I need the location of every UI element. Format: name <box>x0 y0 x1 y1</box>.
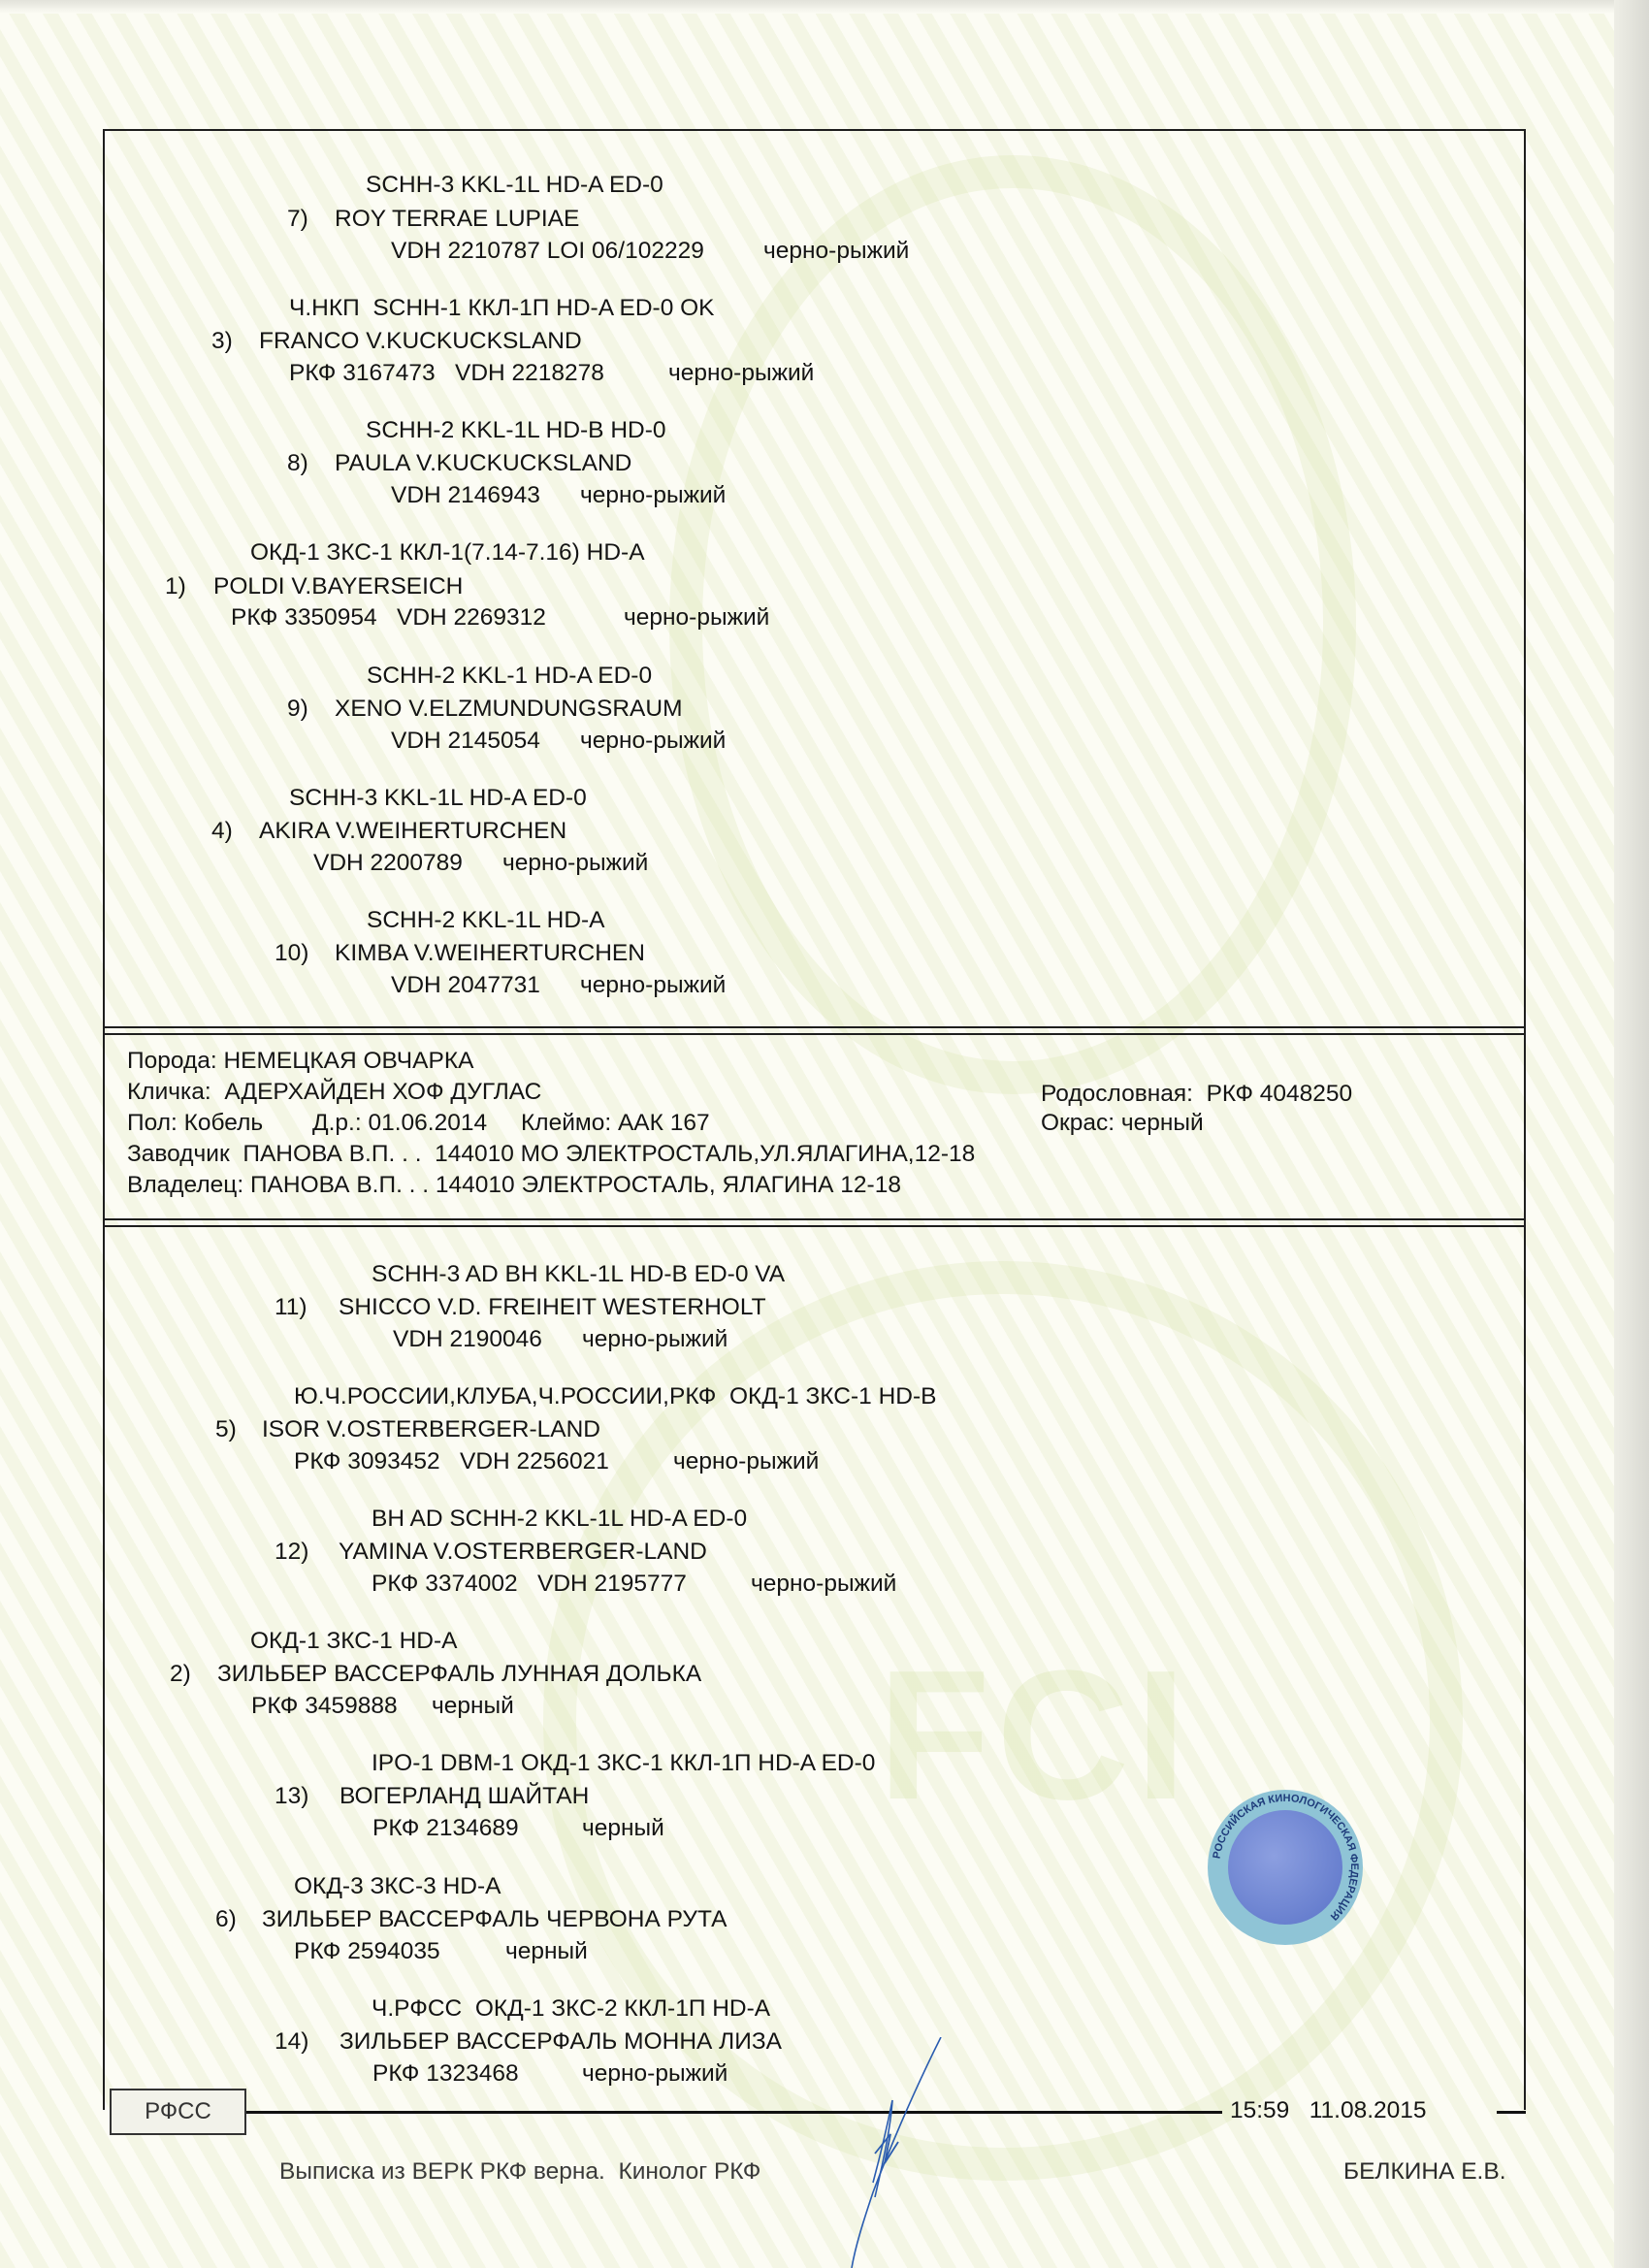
ancestor-registration: VDH 2047731 <box>391 971 540 1000</box>
ancestor-name: ЗИЛЬБЕР ВАССЕРФАЛЬ ЛУННАЯ ДОЛЬКА <box>217 1660 701 1689</box>
tattoo: Клеймо: ААК 167 <box>521 1108 710 1138</box>
ancestor-name: PAULA V.KUCKUCKSLAND <box>335 449 631 478</box>
ancestor-number: 12) <box>275 1538 308 1567</box>
breed: Порода: НЕМЕЦКАЯ ОВЧАРКА <box>127 1046 473 1076</box>
ancestor-titles: IPO-1 DBM-1 ОКД-1 ЗКС-1 ККЛ-1П HD-A ED-0 <box>372 1749 875 1778</box>
ancestor-titles: ОКД-3 ЗКС-3 HD-A <box>294 1872 501 1901</box>
divider <box>103 1026 1526 1028</box>
ancestor-color: черный <box>432 1692 514 1721</box>
ancestor-number: 14) <box>275 2027 308 2057</box>
ancestor-color: черно-рыжий <box>502 849 648 878</box>
ancestor-color: черно-рыжий <box>763 237 909 266</box>
ancestor-name: ЗИЛЬБЕР ВАССЕРФАЛЬ МОННА ЛИЗА <box>339 2027 782 2057</box>
organization-box: РФСС <box>110 2089 246 2135</box>
ancestor-color: черно-рыжий <box>624 603 769 632</box>
divider <box>103 1218 1526 1220</box>
ancestor-titles: BH AD SCHH-2 KKL-1L HD-A ED-0 <box>372 1505 747 1534</box>
ancestor-color: черно-рыжий <box>580 481 726 510</box>
ancestor-titles: SCHH-2 KKL-1L HD-B HD-0 <box>366 416 666 445</box>
ancestor-titles: SCHH-3 KKL-1L HD-A ED-0 <box>289 784 587 813</box>
breeder: Заводчик ПАНОВА В.П. . . 144010 МО ЭЛЕКТ… <box>127 1139 975 1169</box>
ancestor-titles: SCHH-3 AD BH KKL-1L HD-B ED-0 VA <box>372 1260 785 1289</box>
ancestor-name: ROY TERRAE LUPIAE <box>335 205 579 234</box>
ancestor-color: черно-рыжий <box>668 359 814 388</box>
ancestor-name: ВОГЕРЛАНД ШАЙТАН <box>339 1782 589 1811</box>
ancestor-number: 13) <box>275 1782 308 1811</box>
ancestor-color: черно-рыжий <box>673 1447 819 1476</box>
ancestor-number: 5) <box>215 1415 237 1444</box>
footer-line <box>246 2111 1222 2114</box>
ancestor-color: черный <box>505 1937 588 1966</box>
footer-line-end <box>1497 2111 1526 2114</box>
ancestor-color: черно-рыжий <box>582 1325 727 1354</box>
divider <box>103 1033 1526 1035</box>
ancestor-name: ЗИЛЬБЕР ВАССЕРФАЛЬ ЧЕРВОНА РУТА <box>262 1905 727 1934</box>
ancestor-number: 2) <box>170 1660 191 1689</box>
ancestor-titles: ОКД-1 ЗКС-1 HD-A <box>250 1627 457 1656</box>
ancestor-number: 7) <box>287 205 308 234</box>
ancestor-registration: VDH 2146943 <box>391 481 540 510</box>
ancestor-color: черно-рыжий <box>582 2059 727 2089</box>
rkf-hologram-seal: РОССИЙСКАЯ КИНОЛОГИЧЕСКАЯ ФЕДЕРАЦИЯ <box>1208 1790 1363 1945</box>
certification-text: Выписка из ВЕРК РКФ верна. Кинолог РКФ <box>279 2158 760 2186</box>
dog-name: Кличка: АДЕРХАЙДЕН ХОФ ДУГЛАС <box>127 1077 541 1107</box>
ancestor-name: YAMINA V.OSTERBERGER-LAND <box>339 1538 707 1567</box>
ancestor-registration: РКФ 3350954 VDH 2269312 <box>231 603 546 632</box>
signatory-name: БЕЛКИНА Е.В. <box>1343 2158 1506 2186</box>
ancestor-number: 1) <box>165 572 186 601</box>
ancestor-name: ISOR V.OSTERBERGER-LAND <box>262 1415 600 1444</box>
ancestor-name: XENO V.ELZMUNDUNGSRAUM <box>335 695 682 724</box>
ancestor-registration: VDH 2200789 <box>313 849 463 878</box>
ancestor-number: 10) <box>275 939 308 968</box>
ancestor-registration: VDH 2190046 <box>393 1325 542 1354</box>
ancestor-registration: РКФ 3374002 VDH 2195777 <box>372 1570 687 1599</box>
coat-color: Окрас: черный <box>1041 1108 1204 1138</box>
ancestor-color: черно-рыжий <box>580 727 726 756</box>
scan-edge-right <box>1614 0 1649 2268</box>
ancestor-number: 9) <box>287 695 308 724</box>
ancestor-number: 6) <box>215 1905 237 1934</box>
ancestor-titles: Ю.Ч.РОССИИ,КЛУБА,Ч.РОССИИ,РКФ ОКД-1 ЗКС-… <box>294 1382 936 1411</box>
ancestor-number: 3) <box>211 327 233 356</box>
ancestor-name: SHICCO V.D. FREIHEIT WESTERHOLT <box>339 1293 766 1322</box>
ancestor-registration: РКФ 2134689 <box>372 1814 519 1843</box>
ancestor-registration: РКФ 1323468 <box>372 2059 519 2089</box>
ancestor-number: 4) <box>211 817 233 846</box>
pedigree-number: Родословная: РКФ 4048250 <box>1041 1079 1352 1109</box>
ancestor-name: KIMBA V.WEIHERTURCHEN <box>335 939 645 968</box>
ancestor-titles: SCHH-2 KKL-1L HD-A <box>367 906 605 935</box>
ancestor-name: AKIRA V.WEIHERTURCHEN <box>259 817 566 846</box>
ancestor-name: POLDI V.BAYERSEICH <box>213 572 463 601</box>
ancestor-registration: РКФ 3459888 <box>251 1692 398 1721</box>
ancestor-titles: ОКД-1 ЗКС-1 ККЛ-1(7.14-7.16) HD-A <box>250 538 645 567</box>
date: 11.08.2015 <box>1309 2097 1427 2123</box>
ancestor-titles: SCHH-2 KKL-1 HD-A ED-0 <box>367 662 652 691</box>
divider <box>103 1225 1526 1227</box>
ancestor-registration: VDH 2210787 LOI 06/102229 <box>391 237 704 266</box>
ancestor-registration: VDH 2145054 <box>391 727 540 756</box>
ancestor-number: 8) <box>287 449 308 478</box>
ancestor-color: черно-рыжий <box>580 971 726 1000</box>
ancestor-registration: РКФ 3167473 VDH 2218278 <box>289 359 604 388</box>
timestamp: 15:59 11.08.2015 <box>1230 2097 1427 2124</box>
owner: Владелец: ПАНОВА В.П. . . 144010 ЭЛЕКТРО… <box>127 1170 901 1200</box>
ancestor-registration: РКФ 2594035 <box>294 1937 440 1966</box>
svg-text:РОССИЙСКАЯ КИНОЛОГИЧЕСКАЯ ФЕДЕ: РОССИЙСКАЯ КИНОЛОГИЧЕСКАЯ ФЕДЕРАЦИЯ <box>1212 1793 1360 1923</box>
time: 15:59 <box>1230 2097 1289 2123</box>
ancestor-registration: РКФ 3093452 VDH 2256021 <box>294 1447 609 1476</box>
handwritten-signature-icon <box>834 2037 951 2268</box>
scan-edge-top <box>0 0 1649 14</box>
sex: Пол: Кобель <box>127 1108 263 1138</box>
ancestor-titles: Ч.НКП SCHH-1 ККЛ-1П HD-A ED-0 OK <box>289 294 715 323</box>
ancestor-color: черно-рыжий <box>751 1570 896 1599</box>
date-of-birth: Д.р.: 01.06.2014 <box>312 1108 487 1138</box>
seal-ring-text: РОССИЙСКАЯ КИНОЛОГИЧЕСКАЯ ФЕДЕРАЦИЯ <box>1208 1790 1363 1945</box>
ancestor-color: черный <box>582 1814 664 1843</box>
ancestor-titles: Ч.РФСС ОКД-1 ЗКС-2 ККЛ-1П HD-A <box>372 1994 770 2024</box>
ancestor-number: 11) <box>275 1293 307 1322</box>
ancestor-name: FRANCO V.KUCKUCKSLAND <box>259 327 582 356</box>
ancestor-titles: SCHH-3 KKL-1L HD-A ED-0 <box>366 171 663 200</box>
